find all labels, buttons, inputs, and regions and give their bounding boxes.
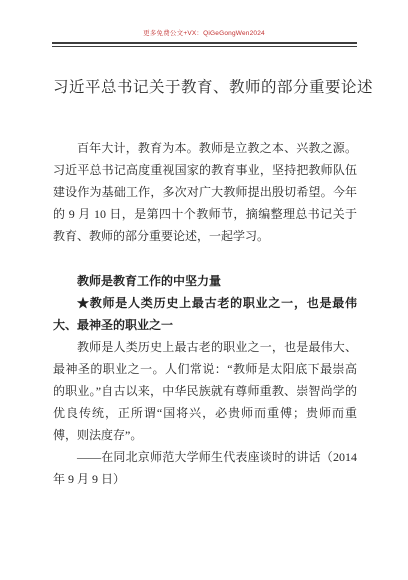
document-title: 习近平总书记关于教育、教师的部分重要论述 — [53, 76, 357, 100]
attribution-paragraph: ——在同北京师范大学师生代表座谈时的讲话（2014 年 9 月 9 日） — [53, 446, 357, 490]
document-page: 更多免费公文+VX：QiGeGongWen2024 习近平总书记关于教育、教师的… — [0, 0, 408, 580]
body-paragraph: 教师是人类历史上最古老的职业之一，也是最伟大、最神圣的职业之一。人们常说：“教师… — [53, 336, 357, 446]
document-content: 习近平总书记关于教育、教师的部分重要论述 百年大计，教育为本。教师是立教之本、兴… — [53, 0, 357, 490]
intro-paragraph: 百年大计，教育为本。教师是立教之本、兴教之源。习近平总书记高度重视国家的教育事业… — [53, 137, 357, 247]
section-heading: 教师是教育工作的中坚力量 — [53, 270, 357, 292]
subheading-paragraph: ★教师是人类历史上最古老的职业之一，也是最伟大、最神圣的职业之一 — [53, 292, 357, 336]
